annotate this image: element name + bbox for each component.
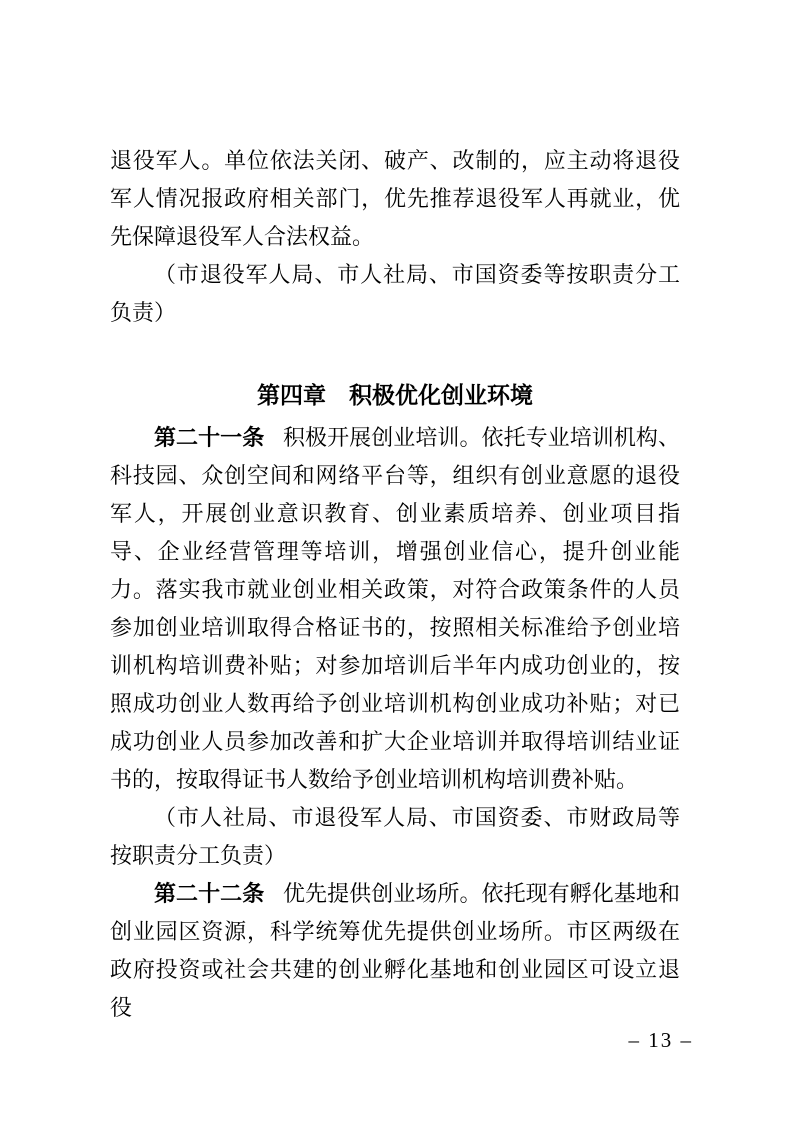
page-number: – 13 –: [629, 1028, 694, 1052]
article-21-paragraph: 第二十一条积极开展创业培训。依托专业培训机构、科技园、众创空间和网络平台等，组织…: [110, 419, 680, 799]
article-22-label: 第二十二条: [154, 881, 264, 906]
chapter-heading: 第四章 积极优化创业环境: [110, 377, 680, 415]
article-21-label: 第二十一条: [154, 425, 264, 450]
paragraph-continuation: 退役军人。单位依法关闭、破产、改制的，应主动将退役军人情况报政府相关部门，优先推…: [110, 142, 680, 256]
responsibility-note-2: （市人社局、市退役军人局、市国资委、市财政局等按职责分工负责）: [110, 799, 680, 875]
document-page: 退役军人。单位依法关闭、破产、改制的，应主动将退役军人情况报政府相关部门，优先推…: [0, 0, 793, 1122]
document-body: 退役军人。单位依法关闭、破产、改制的，应主动将退役军人情况报政府相关部门，优先推…: [110, 142, 680, 1027]
responsibility-note-1: （市退役军人局、市人社局、市国资委等按职责分工负责）: [110, 256, 680, 332]
article-22-paragraph: 第二十二条优先提供创业场所。依托现有孵化基地和创业园区资源，科学统筹优先提供创业…: [110, 875, 680, 1027]
article-21-text: 积极开展创业培训。依托专业培训机构、科技园、众创空间和网络平台等，组织有创业意愿…: [110, 425, 680, 792]
